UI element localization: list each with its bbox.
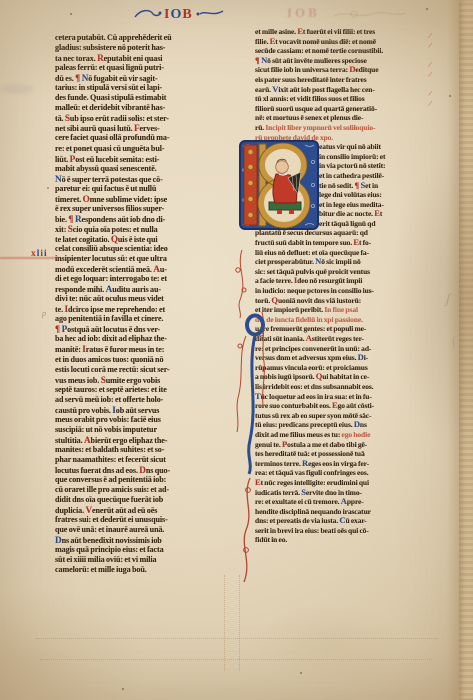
ghost-flourish-icon xyxy=(332,8,408,22)
text-segment: Q xyxy=(111,234,118,244)
text-segment: erit tāquā lignū qd xyxy=(319,219,375,228)
illuminated-initial-B xyxy=(239,140,319,230)
text-segment: uare fremuerūt gentes: et populi me- xyxy=(255,324,366,333)
text-segment: in iudicio: neque pctores in consilio iu… xyxy=(255,286,374,295)
text-segment: ui habitat in ce- xyxy=(322,372,369,381)
text-line: earū. Vixit aūt iob post flagella hec ce… xyxy=(255,85,428,95)
text-line: genui te. Postula a me et dabo tibi gē- xyxy=(255,440,428,450)
text-line: erit tāquā lignū qd xyxy=(319,219,428,229)
text-line: estis locuti corā me rectū: sicut ser- xyxy=(55,365,252,375)
rubric-text: ego hodie xyxy=(342,430,371,439)
text-segment: que ovē unā: et inaurē aureā unā. xyxy=(55,525,164,534)
text-line: des funde. Quasi stipulā estimabit xyxy=(55,93,252,103)
running-title-letter: B xyxy=(182,7,192,22)
page-edge-shadow xyxy=(447,0,459,700)
text-line: et in cathedra pestilē- xyxy=(319,171,428,181)
text-segment: fratres sui: et dederūt ei unusquis- xyxy=(55,515,168,524)
text-line: et in duos amicos tuos: quoniā nō xyxy=(55,355,252,365)
text-segment: t vocavit nomē unius diē: et nomē xyxy=(275,37,376,46)
text-segment: ostula a me et dabo tibi gē- xyxy=(287,440,367,449)
text-segment: divi te: nūc aūt oculus meus videt xyxy=(55,294,164,303)
ink-smudge xyxy=(0,84,34,94)
text-segment: versus dnm et adversus xpm eius. xyxy=(255,353,358,362)
text-segment: ppre- xyxy=(347,497,364,506)
text-segment: vus meus iob. xyxy=(55,376,101,385)
text-segment: ¶ xyxy=(68,214,75,224)
text-segment: i- xyxy=(364,353,368,362)
text-line: fidūt in eo. xyxy=(255,535,428,545)
text-line: ditati sūt inania. Astiterūt reges ter- xyxy=(255,334,428,344)
text-segment: ba hec ad iob: dixit ad eliphaz the- xyxy=(55,334,167,343)
text-line: serit in brevi ira eius: beati oēs qui c… xyxy=(255,526,428,536)
text-segment: tā. xyxy=(55,114,65,123)
text-line: et mille asine. Et fuerūt ei vii filii: … xyxy=(255,27,428,37)
text-segment: tū eius: predicans preceptū eius. xyxy=(255,420,354,429)
text-line: divi te: nūc aūt oculus meus videt xyxy=(55,294,252,304)
text-segment: uis ē iste qui xyxy=(118,235,158,244)
text-line: que conversus ē ad penitentiā iob: xyxy=(55,475,252,485)
text-segment: ost eū lucebit semita: esti- xyxy=(75,155,159,164)
text-column-left: cetera putabūt. Cū apprehēderit eūgladiu… xyxy=(55,33,252,576)
text-line: te latet cogitatio. Quis ē iste qui xyxy=(55,234,252,244)
text-segment: que conversus ē ad penitentiā iob: xyxy=(55,475,166,484)
text-line: tū eius: predicans preceptū eius. Dns xyxy=(255,420,428,430)
text-segment: ō fugabit eū vir sagit- xyxy=(88,74,157,83)
text-segment: caustū pro vobis. xyxy=(55,406,112,415)
text-segment: ob aūt servus xyxy=(116,406,160,415)
text-segment: te latet cogitatio. xyxy=(55,235,111,244)
text-line: malleū: et deridebit vibrantē has- xyxy=(55,103,252,113)
text-segment: re: et ponet quasi cū unguēta bul- xyxy=(55,144,164,153)
text-segment: tarius: in stipulā versi sūt ei lapi- xyxy=(55,83,162,92)
text-line: a nobis iugū ipsorū. Qui habitat in ce- xyxy=(255,372,428,382)
text-segment: et mille asine. xyxy=(255,27,297,36)
penwork-flourish-right-icon xyxy=(195,8,225,20)
text-line: ē rex super universos filios super- xyxy=(55,204,252,214)
text-segment: ū exar- xyxy=(345,516,366,525)
speck xyxy=(426,8,428,10)
text-line: secūde cassiam: et nomē tertie cornustib… xyxy=(255,46,428,56)
text-line: tie nō sedit. ¶ Set in xyxy=(319,181,428,191)
text-line: modū excederēt scientiā meā. Au- xyxy=(55,264,252,274)
text-segment: eges eos in virga fer- xyxy=(308,459,369,468)
text-line: filiorū suorū usque ad quartā generatiō- xyxy=(255,104,428,114)
text-line: rea: et tāquā vas figuli confringes eos. xyxy=(255,468,428,478)
text-line: tā. Sub ipso erūt radii solis: et ster- xyxy=(55,113,252,123)
line-end-mark: / xyxy=(428,41,433,50)
text-segment: t fo- xyxy=(359,238,371,247)
line-end-mark: / xyxy=(428,89,433,98)
text-segment: rū. xyxy=(255,123,265,132)
text-line: gladius: subsistere nō poterit has- xyxy=(55,43,252,53)
text-segment: deo nō resurgūt impii xyxy=(297,276,362,285)
text-segment: O xyxy=(83,194,90,204)
text-segment: ixit aūt iob post flagella hec cen- xyxy=(278,85,374,94)
text-line: bitur die ac nocte. Et xyxy=(319,209,428,219)
text-segment: didit dns oīa quecūque fuerāt iob xyxy=(55,495,163,504)
text-line: stultitia. Abierūt ergo eliphaz the- xyxy=(55,435,252,445)
text-column-right: et mille asine. Et fuerūt ei vii filii: … xyxy=(255,27,428,545)
text-segment: sicut filie iob in universa terra: xyxy=(255,65,349,74)
text-segment: sic: set tāquā pulvis quē proicit ventus xyxy=(255,267,370,276)
text-segment: ūc loquetur ad eos in ira sua: et in fu- xyxy=(261,392,372,401)
text-segment: nē: et mortuus ē senex et plenus die- xyxy=(255,113,363,122)
text-segment: ō sic impii nō xyxy=(321,257,360,266)
text-segment: ¶ xyxy=(75,73,82,83)
text-line: et in lege eius medita- xyxy=(319,200,428,210)
text-segment: net sibi aurū quasi lutū. xyxy=(55,124,134,133)
text-line: Tūc loquetur ad eos in ira sua: et in fu… xyxy=(255,392,428,402)
text-segment: camelorū: et mille iuga boū. xyxy=(55,565,147,574)
text-line: didit dns oīa quecūque fuerāt iob xyxy=(55,495,252,505)
text-segment: liūt. xyxy=(55,155,70,164)
text-segment: tie nō sedit. xyxy=(319,181,354,190)
speck xyxy=(300,672,302,674)
text-line: filie. Et vocavit nomē unius diē: et nom… xyxy=(255,37,428,47)
quire-note: p xyxy=(42,309,46,318)
text-line: ta nec torax. Reputabit eni quasi xyxy=(55,53,252,63)
line-end-mark: / xyxy=(428,31,433,40)
text-line: a facie terre. Ideo nō resurgūt impii xyxy=(255,276,428,286)
text-segment: tū xl annis: et vidit filios suos et fil… xyxy=(255,94,365,103)
text-segment: in via pctorū nō stetit: xyxy=(319,161,385,170)
text-segment: cere faciet quasi ollā profundū ma- xyxy=(55,133,169,142)
text-segment: liū eius nō defluet: et oīa quecūque fa- xyxy=(255,248,369,257)
text-line: tarius: in stipulā versi sūt ei lapi- xyxy=(55,83,252,93)
text-line: liūt. Post eū lucebit semita: esti- xyxy=(55,154,252,164)
text-segment: ta nec torax. xyxy=(55,54,97,63)
text-line: manitē: Iratus ē furor meus in te: xyxy=(55,344,252,354)
text-line: uare fremuerūt gentes: et populi me- xyxy=(255,324,428,334)
text-line: locutus fuerat dns ad eos. Dns quo- xyxy=(55,465,252,475)
text-segment: editque xyxy=(355,65,378,74)
text-line: lege dni volūtas eius: xyxy=(319,190,428,200)
text-segment: phar naamathites: et fecerūt sicut xyxy=(55,455,166,464)
text-line: xit: Scio quia oīa potes: et nulla xyxy=(55,224,252,234)
text-line: sūt ei xiiii milia oviū: et vi milia xyxy=(55,555,252,565)
text-segment: sūt ei xiiii milia oviū: et vi milia xyxy=(55,555,157,564)
text-segment: eatus vir qui nō abiit xyxy=(319,142,381,151)
text-segment: ostquā aūt locutus ē dns ver- xyxy=(67,325,160,334)
text-segment: erves- xyxy=(140,124,160,133)
text-segment: mabit abyssū quasi senescentē. xyxy=(55,164,157,173)
text-segment: et in lege eius medita- xyxy=(319,200,384,209)
text-segment: insipienter locutus sū: et que ultra xyxy=(55,254,167,263)
text-segment: bitur die ac nocte. xyxy=(319,209,374,218)
speck xyxy=(122,688,124,690)
running-title-letter: O xyxy=(170,7,182,22)
speck xyxy=(70,13,72,15)
text-segment: ns aūt benedixit novissimis iob xyxy=(62,536,162,545)
text-line: camelorū: et mille iuga boū. xyxy=(55,565,252,575)
text-segment: di et ego loquar: interrogabo te: et xyxy=(55,274,167,283)
text-line: in via pctorū nō stetit: xyxy=(319,161,428,171)
text-line: torū. Quoniā novit dns viā iustorū: xyxy=(255,296,428,306)
text-segment: ns xyxy=(360,420,367,429)
line-end-mark: / xyxy=(428,70,433,79)
text-segment: estis locuti corā me rectū: sicut ser- xyxy=(55,365,170,374)
text-segment: manites: et baldath suhites: et so- xyxy=(55,445,164,454)
text-line: dns: et pereatis de via iusta. Cū exar- xyxy=(255,516,428,526)
text-line: hendite disciplinā nequando irascatur xyxy=(255,507,428,517)
text-segment: des funde. Quasi stipulā estimabit xyxy=(55,93,166,102)
text-line: sic: set tāquā pulvis quē proicit ventus xyxy=(255,267,428,277)
text-line: terminos terre. Reges eos in virga fer- xyxy=(255,459,428,469)
text-line: cū oraret ille pro amicis suis: et ad- xyxy=(55,485,252,495)
text-line: iudicatis terrā. Servite dno in timo- xyxy=(255,488,428,498)
text-segment: serit in brevi ira eius: beati oēs qui c… xyxy=(255,526,369,535)
text-segment: enerūt aūt ad eū oēs xyxy=(92,506,157,515)
text-line: dū es. ¶ Nō fugabit eū vir sagit- xyxy=(55,73,252,83)
text-segment: modū excederēt scientiā meā. xyxy=(55,265,153,274)
text-segment: dū es. xyxy=(55,74,75,83)
text-segment: uditu auris au- xyxy=(112,285,161,294)
text-line: rūpamus vincula eorū: et proiciamus xyxy=(255,363,428,373)
text-line: ad servū meū iob: et offerte holo- xyxy=(55,395,252,405)
text-segment: magis quā principio eius: et facta xyxy=(55,545,164,554)
penwork-flourish-left-icon xyxy=(134,8,162,20)
text-segment: earū. xyxy=(255,85,272,94)
text-segment: t xyxy=(380,209,382,218)
text-line: timeret. Omne sublime videt: ipse xyxy=(55,194,252,204)
text-segment: lege dni volūtas eius: xyxy=(319,190,382,199)
ruling-line xyxy=(224,575,225,671)
text-segment: secūde cassiam: et nomē tertie cornustib… xyxy=(255,46,383,55)
text-line: caustū pro vobis. Iob aūt servus xyxy=(55,405,252,415)
text-segment: ē rex super universos filios super- xyxy=(55,204,164,213)
text-segment: fructū suū dabit in tempore suo. xyxy=(255,238,353,247)
text-segment: meus orabit pro vobis: faciē eius xyxy=(55,415,161,424)
text-segment: malleū: et deridebit vibrantē has- xyxy=(55,103,165,112)
text-line: fructū suū dabit in tempore suo. Et fo- xyxy=(255,238,428,248)
text-segment: locutus fuerat dns ad eos. xyxy=(55,466,139,475)
text-line: Dns aūt benedixit novissimis iob xyxy=(55,535,252,545)
text-segment: manitē: xyxy=(55,345,82,354)
red-speck xyxy=(47,187,49,189)
text-segment: cū oraret ille pro amicis suis: et ad- xyxy=(55,485,169,494)
text-line: bie. ¶ Respondens aūt iob dno di- xyxy=(55,214,252,224)
text-line: tū xl annis: et vidit filios suos et fil… xyxy=(255,94,428,104)
text-line: vus meus iob. Sumite ergo vobis xyxy=(55,375,252,385)
text-line: sicut filie iob in universa terra: Dedit… xyxy=(255,65,428,75)
text-line: dixit ad me filius meus es tu: ego hodie xyxy=(255,430,428,440)
text-segment: mne sublime videt: ipse xyxy=(90,195,167,204)
text-line: ¶ Postquā aūt locutus ē dns ver- xyxy=(55,324,252,334)
text-line: te. Idcirco ipse me reprehendo: et xyxy=(55,304,252,314)
text-line: eatus vir qui nō abiit xyxy=(319,142,428,152)
text-line: mabit abyssū quasi senescentē. xyxy=(55,164,252,174)
text-line: lis irridebit eos: et dns subsannabit eo… xyxy=(255,382,428,392)
running-title: IOB xyxy=(134,5,225,23)
text-segment: tutus sū rex ab eo super syon mōtē sāc- xyxy=(255,411,371,420)
text-line: cetera putabūt. Cū apprehēderit eū xyxy=(55,33,252,43)
text-segment: lis irridebit eos: et dns subsannabit eo… xyxy=(255,382,373,391)
text-line: phar naamathites: et fecerūt sicut xyxy=(55,455,252,465)
text-line: suscipiā: ut nō vobis imputetur xyxy=(55,425,252,435)
text-segment: filie. xyxy=(255,37,270,46)
text-line: di et ego loquar: interrogabo te: et xyxy=(55,274,252,284)
chapter-rule-line xyxy=(0,257,60,259)
text-line: duplicia. Venerūt aūt ad eū oēs xyxy=(55,505,252,515)
text-line: re: et ponet quasi cū unguēta bul- xyxy=(55,144,252,154)
ruling-line xyxy=(40,659,432,660)
rubric-text: In fine psal xyxy=(324,305,358,314)
gutter-penwork-flourish xyxy=(228,250,268,586)
text-segment: re: et principes convenerūt in unū: ad- xyxy=(255,344,371,353)
text-segment: duplicia. xyxy=(55,506,85,515)
text-line: rore suo conturbabit eos. Ego aūt cōsti- xyxy=(255,401,428,411)
text-segment: ¶ xyxy=(55,324,62,334)
manuscript-page: IOB IOB cetera putabūt. Cū apprehēderit … xyxy=(0,0,473,700)
book-fore-edge xyxy=(459,0,473,700)
text-segment: umite ergo vobis xyxy=(106,376,161,385)
text-segment: bie. xyxy=(55,215,68,224)
text-segment: responde mihi. xyxy=(55,285,106,294)
text-line: Nō ē super terrā potestas que cō- xyxy=(55,174,252,184)
text-line: meus orabit pro vobis: faciē eius xyxy=(55,415,252,425)
text-segment: stultitia. xyxy=(55,436,84,445)
rubric-text: dd. de iuncta fideliū in xpi passione. xyxy=(255,315,363,324)
text-segment: go aūt cōsti- xyxy=(338,401,374,410)
text-segment: ub ipso erūt radii solis: et ster- xyxy=(70,114,169,123)
ruling-line xyxy=(36,638,438,639)
text-line: eis pater suus hereditatē inter fratres xyxy=(255,75,428,85)
text-segment: cetera putabūt. Cū apprehēderit eū xyxy=(55,33,172,42)
text-segment: et in duos amicos tuos: quoniā nō xyxy=(55,355,163,364)
text-line: Et nūc reges intelligite: erudimini qui xyxy=(255,478,428,488)
text-segment: ō sūt aūt invēte mulieres speciose xyxy=(267,56,367,65)
text-segment: timeret. xyxy=(55,195,83,204)
text-line: manites: et baldath suhites: et so- xyxy=(55,445,252,455)
text-segment: t fuerūt ei vii filii: et tres xyxy=(303,27,375,36)
text-line: dd. de iuncta fideliū in xpi passione. xyxy=(255,315,428,325)
text-line: in iudicio: neque pctores in consilio iu… xyxy=(255,286,428,296)
text-line: re: et exultate ei cū tremore. Appre- xyxy=(255,497,428,507)
text-segment: suscipiā: ut nō vobis imputetur xyxy=(55,425,157,434)
text-line: magis quā principio eius: et facta xyxy=(55,545,252,555)
text-segment: hendite disciplinā nequando irascatur xyxy=(255,507,371,516)
text-segment: ratus ē furor meus in te: xyxy=(86,345,165,354)
text-line: septē tauros: et septē arietes: et ite xyxy=(55,385,252,395)
text-segment: ns quo- xyxy=(146,466,170,475)
text-segment: dcirco ipse me reprehendo: et xyxy=(68,305,165,314)
text-line: tutus sū rex ab eo super syon mōtē sāc- xyxy=(255,411,428,421)
text-line: cere faciet quasi ollā profundū ma- xyxy=(55,133,252,143)
text-line: ciet prosperabūtur. Nō sic impii nō xyxy=(255,257,428,267)
text-segment: t nūc reges intelligite: erudimini qui xyxy=(261,478,369,487)
text-line: paretur ei: qui factus ē ut nullū xyxy=(55,184,252,194)
text-segment: paleas ferrū: et quasi lignū putri- xyxy=(55,63,164,72)
text-segment: bierūt ergo eliphaz the- xyxy=(91,436,168,445)
initial-Q xyxy=(247,316,263,475)
text-segment: espondens aūt iob dno di- xyxy=(82,215,166,224)
text-line: net sibi aurū quasi lutū. Ferves- xyxy=(55,123,252,133)
text-line: ¶ Nō sūt aūt invēte mulieres speciose xyxy=(255,56,428,66)
text-segment: gladius: subsistere nō poterit has- xyxy=(55,43,165,52)
text-line: rū. Incipit liber ympnorū vel soliloquio… xyxy=(255,123,428,133)
text-segment: cio quia oīa potes: et nulla xyxy=(73,225,158,234)
text-segment: filiorū suorū usque ad quartā generatiō- xyxy=(255,104,377,113)
text-segment: et in xyxy=(365,181,378,190)
text-segment: ad servū meū iob: et offerte holo- xyxy=(55,395,163,404)
text-line: paleas ferrū: et quasi lignū putri- xyxy=(55,63,252,73)
text-line: liū eius nō defluet: et oīa quecūque fa- xyxy=(255,248,428,258)
text-segment: paretur ei: qui factus ē ut nullū xyxy=(55,184,156,193)
text-line: ago penitentiā in favilla et cinere. xyxy=(55,314,252,324)
text-segment: u- xyxy=(160,265,167,274)
line-end-mark: / xyxy=(428,99,433,108)
text-line: responde mihi. Auditu auris au- xyxy=(55,284,252,294)
ruling-line xyxy=(239,575,240,671)
text-line: nē: et mortuus ē senex et plenus die- xyxy=(255,113,428,123)
text-segment: xit: xyxy=(55,225,68,234)
text-segment: stiterūt reges ter- xyxy=(312,334,364,343)
text-segment: ervite dno in timo- xyxy=(306,488,362,497)
text-segment: eis pater suus hereditatē inter fratres xyxy=(255,75,367,84)
text-segment: ō ē super terrā potestas que cō- xyxy=(62,175,163,184)
text-segment: rūpamus vincula eorū: et proiciamus xyxy=(255,363,368,372)
text-line: re: et principes convenerūt in unū: ad- xyxy=(255,344,428,354)
text-segment: eputabit eni quasi xyxy=(104,54,163,63)
text-segment: tes hereditatē tuā: et possessionē tuā xyxy=(255,449,365,458)
rubric-text: Incipit liber ympnorū vel soliloquio- xyxy=(265,123,375,132)
text-segment: in consilio impiorū: et xyxy=(319,152,385,161)
text-segment: rea: et tāquā vas figuli confringes eos. xyxy=(255,468,368,477)
text-line: fratres sui: et dederūt ei unusquis- xyxy=(55,515,252,525)
text-segment: septē tauros: et septē arietes: et ite xyxy=(55,385,167,394)
text-segment: celat consiliū absque scientia: ideo xyxy=(55,244,168,253)
text-segment: et in cathedra pestilē- xyxy=(319,171,384,180)
running-title-letters: IOB xyxy=(164,5,193,23)
ghost-running-title: IOB xyxy=(287,5,320,21)
text-line: versus dnm et adversus xpm eius. Di- xyxy=(255,353,428,363)
text-line: tes hereditatē tuā: et possessionē tuā xyxy=(255,449,428,459)
line-end-mark: / xyxy=(428,60,433,69)
text-line: in consilio impiorū: et xyxy=(319,152,428,162)
text-segment: ago penitentiā in favilla et cinere. xyxy=(55,314,163,323)
text-line: celat consiliū absque scientia: ideo xyxy=(55,244,252,254)
text-line: que ovē unā: et inaurē aureā unā. xyxy=(55,525,252,535)
text-line: insipienter locutus sū: et que ultra xyxy=(55,254,252,264)
text-line: ba hec ad iob: dixit ad eliphaz the- xyxy=(55,334,252,344)
text-segment: uoniā novit dns viā iustorū: xyxy=(278,296,361,305)
text-line: et iter impiorū peribit. In fine psal xyxy=(255,305,428,315)
